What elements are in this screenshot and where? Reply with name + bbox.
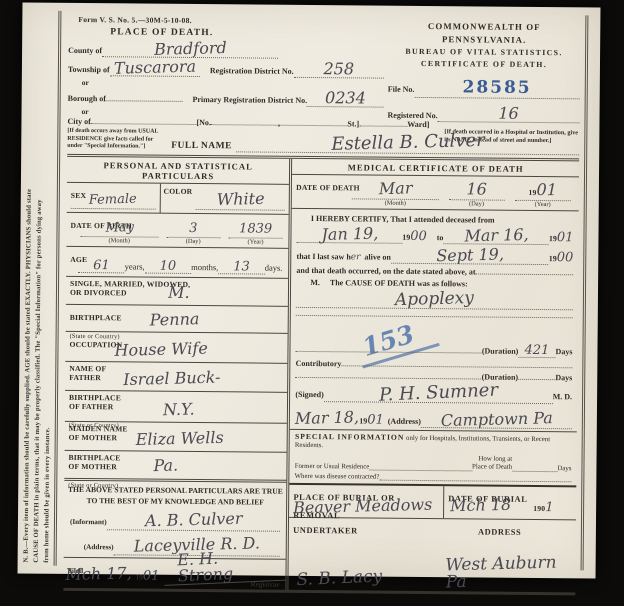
county-value: Bradford <box>154 40 227 58</box>
mother-value: Eliza Wells <box>136 429 224 447</box>
usual-residence-note: [If death occurs away from USUAL RESIDEN… <box>67 128 169 151</box>
undertaker-label: UNDERTAKER <box>293 526 358 536</box>
file-no-label: File No. <box>388 84 415 93</box>
attended-from-year: 00 <box>410 229 427 242</box>
dod-year-value: 01 <box>537 179 558 198</box>
certificate-table: PERSONAL AND STATISTICAL PARTICULARS SEX… <box>63 153 579 594</box>
registrar-label: Registrar <box>251 580 280 588</box>
special-info-title: SPECIAL INFORMATION <box>295 431 404 441</box>
signed-address-label: (Address) <box>388 416 421 425</box>
signed-label: (Signed) <box>295 389 324 398</box>
attended-from-value: Jan 19, <box>321 225 378 242</box>
age-row: AGE 61 years, 10 months, 13 days. <box>66 246 289 278</box>
informant-value: A. B. Culver <box>145 510 243 529</box>
duration-value: 421 <box>524 342 549 357</box>
personal-section-title: PERSONAL AND STATISTICAL PARTICULARS <box>67 156 289 184</box>
attended-to-value: Mar 16, <box>464 226 529 244</box>
undertaker-value: S. B. Lacy <box>296 568 382 589</box>
md-label: M. D. <box>553 392 572 401</box>
signed-line: (Signed) P. H. Sumner M. D. <box>295 382 572 408</box>
bureau-title: BUREAU OF VITAL STATISTICS. <box>388 46 580 59</box>
county-row: County of Bradford <box>68 40 384 60</box>
certification-block: I HEREBY CERTIFY, That I attended deceas… <box>290 208 579 430</box>
mother-birthplace-value: Pa. <box>153 457 178 474</box>
dob-month-value: May <box>105 220 134 234</box>
borough-blank <box>106 100 183 102</box>
dod-day-value: 16 <box>466 179 487 198</box>
undertaker-address-label: ADDRESS <box>448 528 521 539</box>
county-label: County of <box>68 46 102 55</box>
burial-place-cell: PLACE OF BURIAL OR REMOVAL Beaver Meadow… <box>289 485 444 518</box>
city-no-bracket: [No. <box>196 118 211 127</box>
personal-column: PERSONAL AND STATISTICAL PARTICULARS SEX… <box>63 156 292 589</box>
filed-year-value: 01 <box>143 568 160 583</box>
sex-color-row: SEX Female COLOR White <box>67 182 290 214</box>
signed-date-address-line: Mar 18, 1901 (Address) Camptown Pa <box>295 409 572 428</box>
township-value: Tuscarora <box>114 59 197 77</box>
filed-row: Filed Mch 17, 1901 E. H. Strong Registra… <box>63 557 286 589</box>
signed-year-value: 01 <box>367 413 384 426</box>
disease-contracted-row: Where was disease contracted? <box>295 473 572 482</box>
undertaker-row: UNDERTAKER S. B. Lacy ADDRESS West Aubur… <box>289 518 576 592</box>
signed-date-value: Mar 18, <box>295 409 360 427</box>
registered-no-value: 16 <box>498 103 519 122</box>
informant-row: (Informant) A. B. Culver <box>64 506 286 531</box>
mother-birthplace-label: BIRTHPLACE OF MOTHER <box>68 452 132 471</box>
informant-label: (Informant) <box>70 517 107 525</box>
age-months-value: 10 <box>160 258 177 273</box>
mother-name-row: MAIDEN NAME OF MOTHER Eliza Wells <box>65 421 288 452</box>
attended-dates-line: Jan 19, 1900 to Mar 16, 1901 <box>297 225 574 244</box>
how-long-label: How long at <box>479 456 513 463</box>
city-label: City of <box>67 117 90 126</box>
occupation-row: OCCUPATION House Wife <box>65 331 288 363</box>
last-saw-year: 00 <box>557 251 574 264</box>
informant-address-label: (Address) <box>84 543 114 551</box>
father-name-row: NAME OF FATHER Israel Buck- <box>65 361 288 392</box>
birthplace-row: BIRTHPLACE (State or Country) Penna <box>66 304 288 333</box>
mother-label: MAIDEN NAME OF MOTHER <box>69 423 133 442</box>
age-years-value: 61 <box>93 258 110 273</box>
father-birthplace-value: N.Y. <box>163 401 195 418</box>
special-information-block: SPECIAL INFORMATION only for Hospitals, … <box>290 428 577 487</box>
contributory-line: Contributory <box>296 358 573 369</box>
disease-contracted-label: Where was disease contracted? <box>295 473 380 481</box>
full-name-label: FULL NAME <box>169 140 236 152</box>
burial-row: PLACE OF BURIAL OR REMOVAL Beaver Meadow… <box>289 485 576 521</box>
cause-of-death-label: The CAUSE OF DEATH was as follows: <box>330 278 468 288</box>
certificate-header: Form V. S. No. 5.—30M-5-10-08. PLACE OF … <box>67 13 580 155</box>
duration-label: (Duration) <box>482 346 519 355</box>
former-residence-row: Former or Usual Residence How long at Pl… <box>295 454 572 473</box>
registration-district-value: 258 <box>323 59 354 78</box>
commonwealth-block: COMMONWEALTH OF PENNSYLVANIA. BUREAU OF … <box>387 20 580 146</box>
burial-place-value: Beaver Meadows <box>293 497 433 517</box>
meridiem-label: M. <box>310 278 320 287</box>
sex-value: Female <box>89 192 137 206</box>
rotated-margin-note: N. B.—Every item of information should b… <box>22 11 55 563</box>
color-value: White <box>216 190 264 207</box>
place-of-death-block: PLACE OF DEATH. County of Bradford Towns… <box>68 26 385 119</box>
city-st-bracket: St.] <box>347 119 359 128</box>
attended-to-year: 01 <box>557 231 574 244</box>
cause-label-line: M. The CAUSE OF DEATH was as follows: <box>296 277 573 288</box>
certify-statement: I HEREBY CERTIFY, That I attended deceas… <box>311 214 495 225</box>
former-residence-label: Former or Usual Residence <box>295 463 370 471</box>
cause-of-death-value: Apoplexy <box>395 290 474 309</box>
marital-value: M. <box>168 284 190 300</box>
cause-blank: Apoplexy <box>296 289 573 309</box>
registration-district-blank: 258 <box>294 61 384 79</box>
registration-district-label: Registration District No. <box>210 66 294 76</box>
dob-year-value: 1839 <box>239 221 272 236</box>
file-no-row: File No. 28585 <box>388 76 580 99</box>
mother-birthplace-row: BIRTHPLACE OF MOTHER (State or Country) … <box>64 450 287 482</box>
registered-no-label: Registered No. <box>387 110 437 119</box>
burial-year-value: 1 <box>545 501 553 516</box>
file-no-blank: 28585 <box>414 77 580 99</box>
certificate-body: Form V. S. No. 5.—30M-5-10-08. PLACE OF … <box>54 11 589 571</box>
medical-column: MEDICAL CERTIFICATE OF DEATH DATE OF DEA… <box>289 158 579 591</box>
occupation-value: House Wife <box>114 340 208 358</box>
signed-address-value: Camptown Pa <box>440 410 552 429</box>
borough-label: Borough of <box>68 94 106 103</box>
informant-blank: A. B. Culver <box>107 511 281 532</box>
father-value: Israel Buck- <box>123 369 221 388</box>
date-of-death-row: DATE OF DEATH Mar(Month) 16(Day) 1901(Ye… <box>292 174 579 211</box>
physician-signature: P. H. Sumner <box>379 381 499 404</box>
undertaker-address-cell: ADDRESS West Auburn Pa <box>443 520 576 592</box>
certificate-title: CERTIFICATE OF DEATH. <box>388 58 580 71</box>
commonwealth-title: COMMONWEALTH OF PENNSYLVANIA. <box>388 20 580 48</box>
township-blank: Tuscarora <box>110 59 200 77</box>
primary-district-value: 0234 <box>325 88 366 107</box>
undertaker-address-value: West Auburn Pa <box>445 554 576 591</box>
birthplace-label: BIRTHPLACE <box>70 312 122 321</box>
file-no-value: 28585 <box>462 77 531 98</box>
date-of-death-label: DATE OF DEATH <box>296 182 360 192</box>
primary-district-label: Primary Registration District No. <box>192 95 307 105</box>
death-certificate-scan: N. B.—Every item of information should b… <box>18 2 601 578</box>
dod-month-value: Mar <box>378 180 412 197</box>
last-saw-gender: er <box>351 253 361 262</box>
date-of-birth-row: DATE OF BIRTH May(Month) 3(Day) 1839(Yea… <box>66 212 289 248</box>
borough-row: Borough of Primary Registration District… <box>68 88 384 108</box>
burial-date-cell: DATE OF BURIAL Mch 18 1901 <box>444 487 576 520</box>
undertaker-cell: UNDERTAKER S. B. Lacy <box>289 518 444 590</box>
death-occurred-line: and that death occurred, on the date sta… <box>296 265 573 276</box>
full-name-value: Estella B. Culver <box>331 131 485 153</box>
dob-day-value: 3 <box>189 220 197 235</box>
filed-date-value: Mch 17, <box>65 565 132 583</box>
birthplace-value: Penna <box>150 311 200 328</box>
father-birthplace-label: BIRTHPLACE OF FATHER <box>69 392 133 411</box>
marital-status-row: SINGLE, MARRIED, WIDOWED, OR DIVORCED M. <box>66 276 289 306</box>
registered-no-row: Registered No. 16 <box>387 104 579 123</box>
age-days-value: 13 <box>233 259 250 274</box>
father-label: NAME OF FATHER <box>69 363 117 382</box>
father-birthplace-row: BIRTHPLACE OF FATHER (State or Country) … <box>65 390 288 423</box>
township-row: Township of Tuscarora Registration Distr… <box>68 59 384 79</box>
contributory-label: Contributory <box>296 358 342 367</box>
primary-district-blank: 0234 <box>307 90 384 108</box>
last-saw-line: that I last saw her alive on Sept 19, 19… <box>297 245 574 264</box>
full-name-blank: Estella B. Culver <box>236 132 579 155</box>
contributory-duration-line: (Duration) Days <box>295 370 572 381</box>
color-label: COLOR <box>163 186 192 195</box>
burial-date-value: Mch 18 <box>450 497 511 515</box>
township-label: Township of <box>68 65 110 74</box>
last-saw-date-value: Sept 19, <box>436 246 504 264</box>
registered-no-blank: 16 <box>438 105 580 123</box>
